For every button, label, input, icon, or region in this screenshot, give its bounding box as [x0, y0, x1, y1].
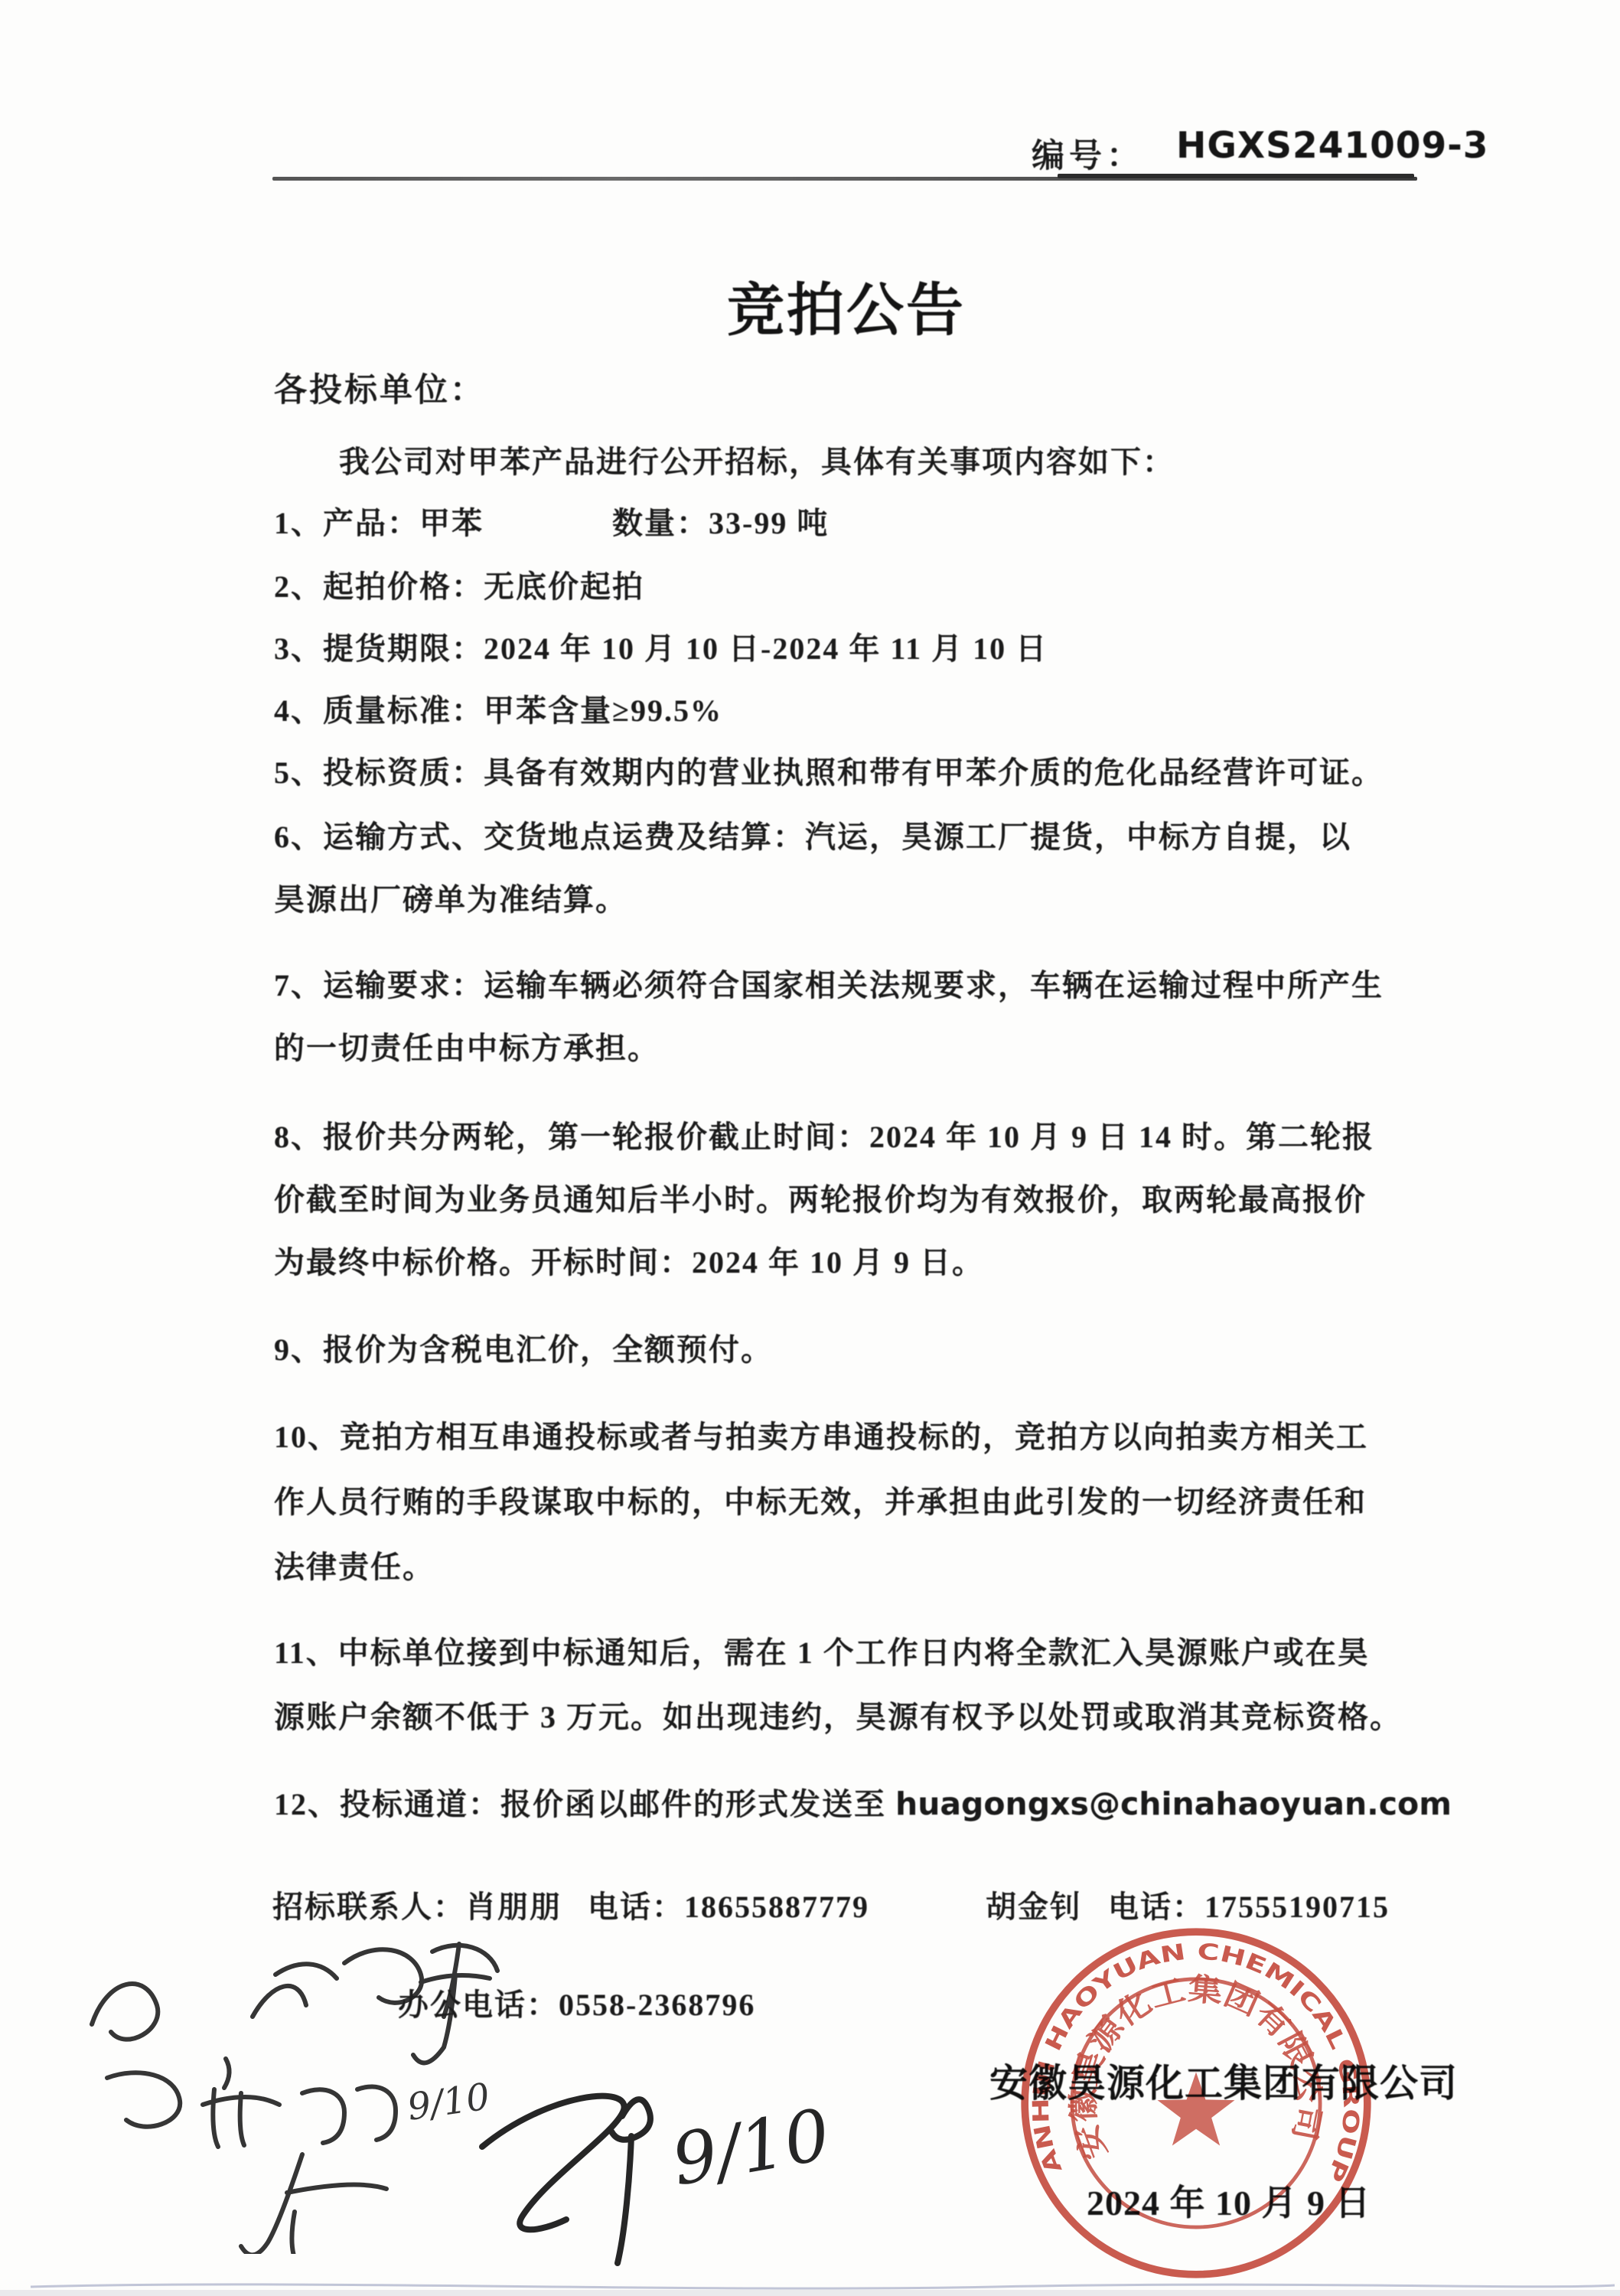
- doc-line-5: 5、投标资质：具备有效期内的营业执照和带有甲苯介质的危化品经营许可证。: [274, 748, 1384, 792]
- contact1-phone: 18655887779: [684, 1890, 869, 1924]
- doc-line-12: 12、投标通道：报价函以邮件的形式发送至 huagongxs@chinahaoy…: [274, 1780, 1452, 1824]
- doc-line-8c: 为最终中标价格。开标时间：2024 年 10 月 9 日。: [274, 1238, 984, 1282]
- doc-line-2: 2、起拍价格：无底价起拍: [274, 563, 644, 606]
- doc-line-6: 6、运输方式、交货地点运费及结算：汽运，昊源工厂提货，中标方自提，以: [274, 813, 1351, 856]
- doc-number-value: HGXS241009-3: [1176, 125, 1488, 167]
- office-phone: 0558-2368796: [559, 1988, 755, 2022]
- doc-number-underline: [1058, 174, 1414, 178]
- seal-star-icon: [1158, 2072, 1235, 2145]
- doc-number-label: 编号：: [1032, 130, 1144, 177]
- bid-email: huagongxs@chinahaoyuan.com: [895, 1786, 1452, 1822]
- svg-text:安徽昊源化工集团有限公司: 安徽昊源化工集团有限公司: [1066, 1971, 1326, 2164]
- contact1-phone-label: 电话：: [588, 1890, 684, 1924]
- page-title: 竞拍公告: [727, 265, 966, 347]
- doc-line-4: 4、质量标准：甲苯含量≥99.5%: [274, 687, 722, 730]
- doc-line-11b: 源账户余额不低于 3 万元。如出现违约，昊源有权予以处罚或取消其竞标资格。: [274, 1693, 1402, 1737]
- doc-line-10c: 法律责任。: [274, 1543, 435, 1587]
- doc-line-8b: 价截至时间为业务员通知后半小时。两轮报价均为有效报价，取两轮最高报价: [274, 1176, 1367, 1219]
- seal-chinese-arc-text: 安徽昊源化工集团有限公司: [1066, 1971, 1326, 2164]
- doc-line-7: 7、运输要求：运输车辆必须符合国家相关法规要求，车辆在运输过程中所产生: [274, 961, 1384, 1005]
- doc-line-9: 9、报价为含税电汇价，全额预付。: [274, 1326, 773, 1369]
- signature-scribble: 9/10: [440, 2063, 838, 2292]
- doc-line-8: 8、报价共分两轮，第一轮报价截止时间：2024 年 10 月 9 日 14 时。…: [274, 1113, 1374, 1156]
- doc-line-11: 11、中标单位接到中标通知后，需在 1 个工作日内将全款汇入昊源账户或在昊: [274, 1629, 1370, 1672]
- doc-line-10: 10、竞拍方相互串通投标或者与拍卖方串通投标的，竞拍方以向拍卖方相关工: [274, 1413, 1368, 1456]
- doc-line-10b: 作人员行贿的手段谋取中标的，中标无效，并承担由此引发的一切经济责任和: [274, 1478, 1367, 1521]
- page-bottom-edge: [0, 2265, 1620, 2296]
- signature-date-mark: 9/10: [666, 2093, 836, 2201]
- bid-channel-text: 12、投标通道：报价函以邮件的形式发送至: [274, 1787, 895, 1821]
- salutation: 各投标单位：: [274, 364, 485, 411]
- doc-line-1: 1、产品：甲苯 数量：33-99 吨: [274, 499, 829, 543]
- intro-line: 我公司对甲苯产品进行公开招标，具体有关事项内容如下：: [339, 438, 1175, 481]
- doc-line-6b: 昊源出厂磅单为准结算。: [274, 876, 627, 919]
- doc-line-7b: 的一切责任由中标方承担。: [274, 1024, 660, 1068]
- scanned-document-page: 编号： HGXS241009-3 竞拍公告 各投标单位： 我公司对甲苯产品进行公…: [0, 0, 1620, 2296]
- company-seal-stamp: ANHUI HAOYUAN CHEMICAL GROUP CO.,LTD 安徽昊…: [1009, 1915, 1384, 2291]
- doc-line-3: 3、提货期限：2024 年 10 月 10 日-2024 年 11 月 10 日: [274, 625, 1048, 668]
